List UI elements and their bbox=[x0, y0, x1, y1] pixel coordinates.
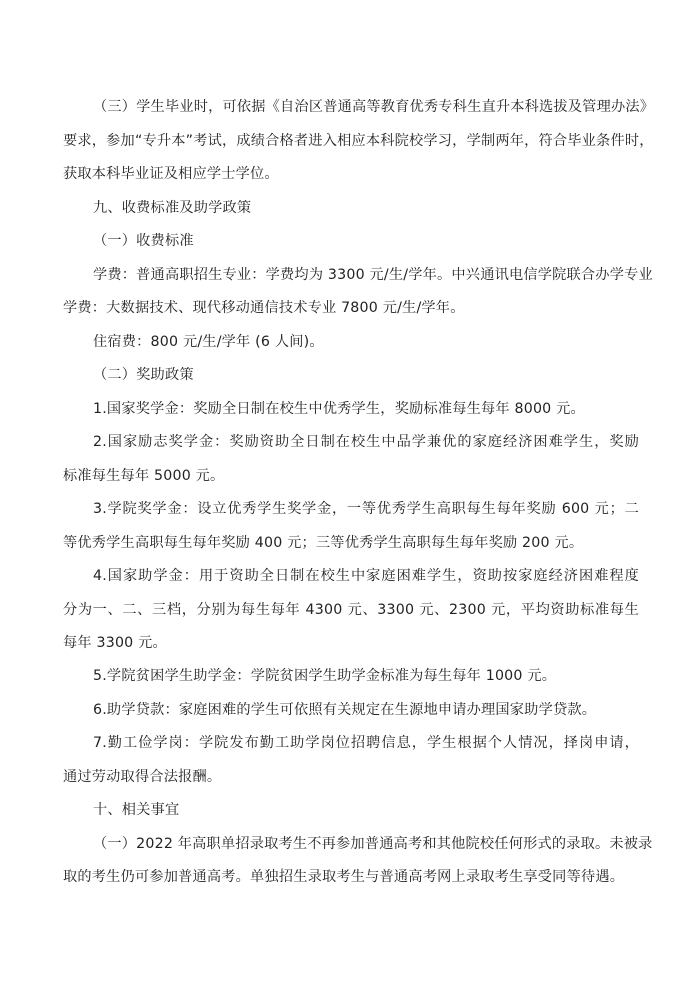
aid-item-6: 6.助学贷款：家庭困难的学生可依照有关规定在生源地申请办理国家助学贷款。 bbox=[93, 699, 639, 721]
aid-item-3-line-2: 等优秀学生高职每生每年奖励 400 元；三等优秀学生高职每生每年奖励 200 元… bbox=[63, 532, 639, 554]
aid-item-7-line-1: 7.勤工俭学岗：学院发布勤工助学岗位招聘信息，学生根据个人情况，择岗申请， bbox=[93, 732, 639, 754]
paragraph-tuition-line-1: 学费：普通高职招生专业：学费均为 3300 元/生/学年。中兴通讯电信学院联合办… bbox=[93, 264, 639, 286]
aid-item-4-line-1: 4.国家助学金：用于资助全日制在校生中家庭困难学生，资助按家庭经济困难程度 bbox=[93, 565, 639, 587]
paragraph-upgrade-line-2: 要求，参加“专升本”考试，成绩合格者进入相应本科院校学习，学制两年，符合毕业条件… bbox=[63, 130, 639, 152]
aid-item-5: 5.学院贫困学生助学金：学院贫困学生助学金标准为每生每年 1000 元。 bbox=[93, 665, 639, 687]
paragraph-admission-line-2: 取的考生仍可参加普通高考。单独招生录取考生与普通高考网上录取考生享受同等待遇。 bbox=[63, 866, 639, 888]
subsection-heading-aid: （二）奖助政策 bbox=[93, 364, 639, 386]
section-heading-fees-and-aid: 九、收费标准及助学政策 bbox=[93, 197, 639, 219]
section-heading-related-matters: 十、相关事宜 bbox=[93, 799, 639, 821]
paragraph-admission-line-1: （一）2022 年高职单招录取考生不再参加普通高考和其他院校任何形式的录取。未被… bbox=[93, 833, 639, 855]
paragraph-upgrade-line-1: （三）学生毕业时，可依据《自治区普通高等教育优秀专科生直升本科选拔及管理办法》 bbox=[93, 96, 639, 118]
aid-item-3-line-1: 3.学院奖学金：设立优秀学生奖学金，一等优秀学生高职每生每年奖励 600 元；二 bbox=[93, 498, 639, 520]
aid-item-2-line-2: 标准每生每年 5000 元。 bbox=[63, 465, 639, 487]
document-page: （三）学生毕业时，可依据《自治区普通高等教育优秀专科生直升本科选拔及管理办法》 … bbox=[0, 0, 700, 990]
aid-item-4-line-3: 每年 3300 元。 bbox=[63, 632, 639, 654]
aid-item-1: 1.国家奖学金：奖励全日制在校生中优秀学生，奖励标准每生每年 8000 元。 bbox=[93, 398, 639, 420]
paragraph-upgrade-line-3: 获取本科毕业证及相应学士学位。 bbox=[63, 163, 639, 185]
aid-item-4-line-2: 分为一、二、三档，分别为每生每年 4300 元、3300 元、2300 元，平均… bbox=[63, 599, 639, 621]
aid-item-7-line-2: 通过劳动取得合法报酬。 bbox=[63, 766, 639, 788]
paragraph-tuition-line-2: 学费：大数据技术、现代移动通信技术专业 7800 元/生/学年。 bbox=[63, 297, 639, 319]
aid-item-2-line-1: 2.国家励志奖学金：奖励资助全日制在校生中品学兼优的家庭经济困难学生，奖励 bbox=[93, 431, 639, 453]
paragraph-accommodation: 住宿费：800 元/生/学年 (6 人间)。 bbox=[93, 331, 639, 353]
subsection-heading-fees: （一）收费标准 bbox=[93, 230, 639, 252]
